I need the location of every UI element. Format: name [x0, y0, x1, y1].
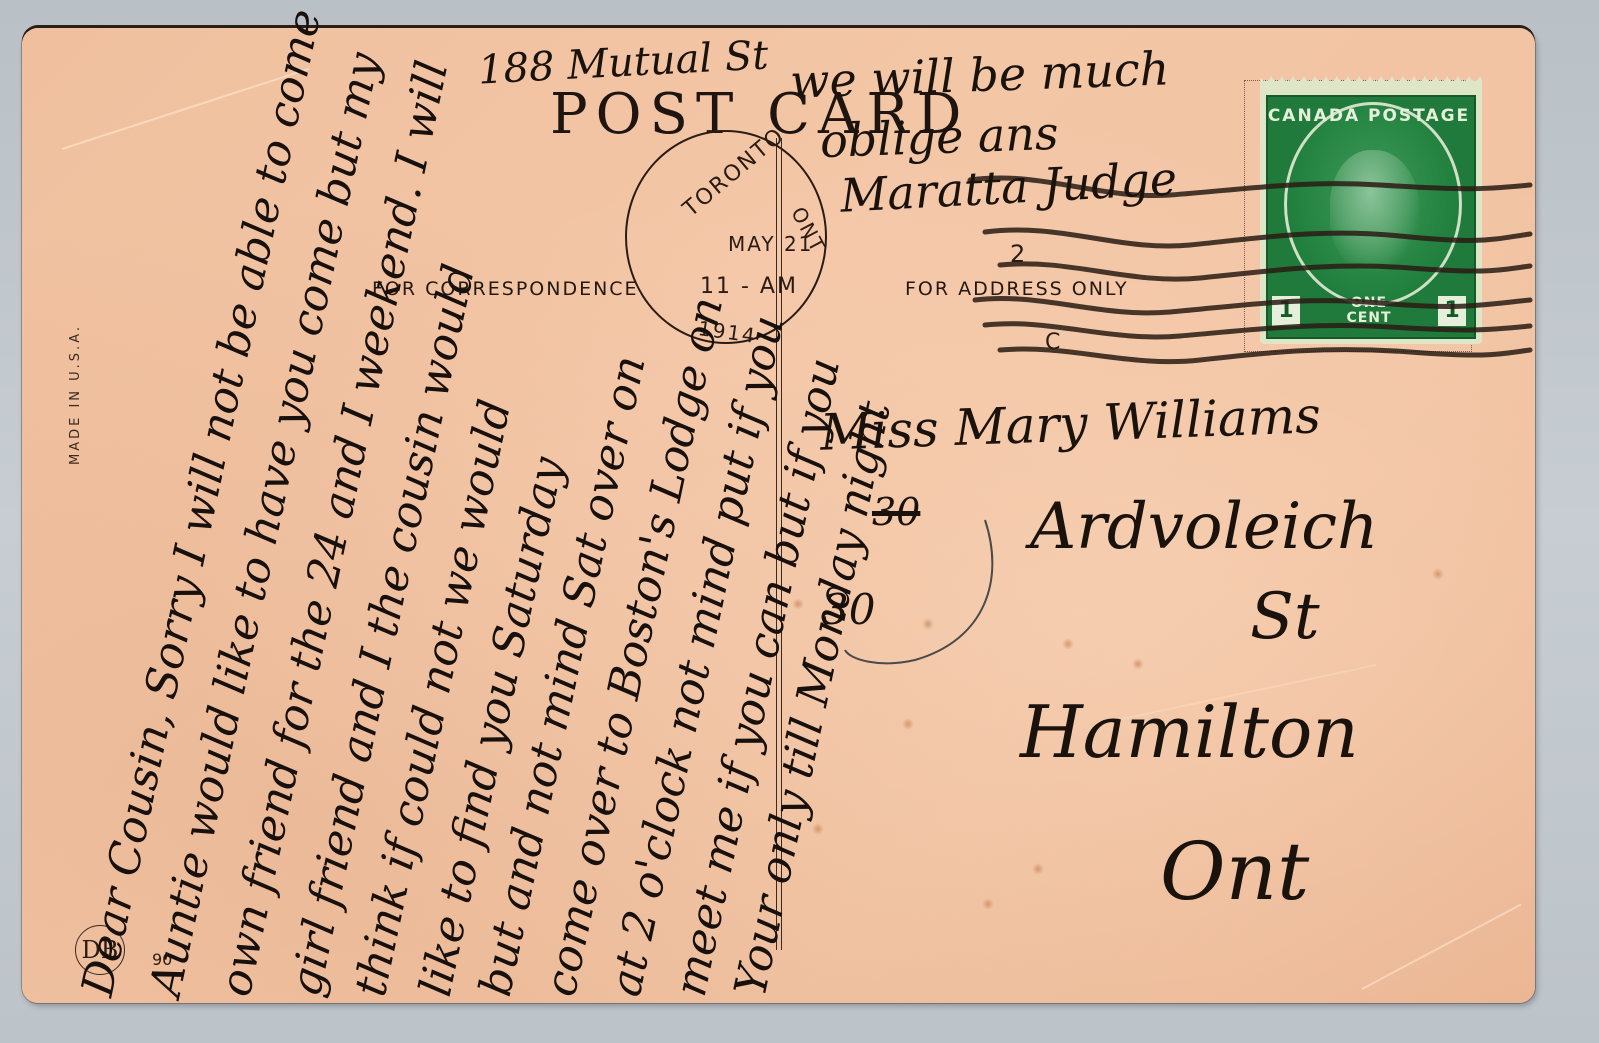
address-city: Hamilton	[1020, 690, 1359, 774]
address-street-suffix: St	[1250, 580, 1320, 654]
address-street: Ardvoleich	[1030, 490, 1378, 564]
address-province: Ont	[1160, 825, 1309, 918]
